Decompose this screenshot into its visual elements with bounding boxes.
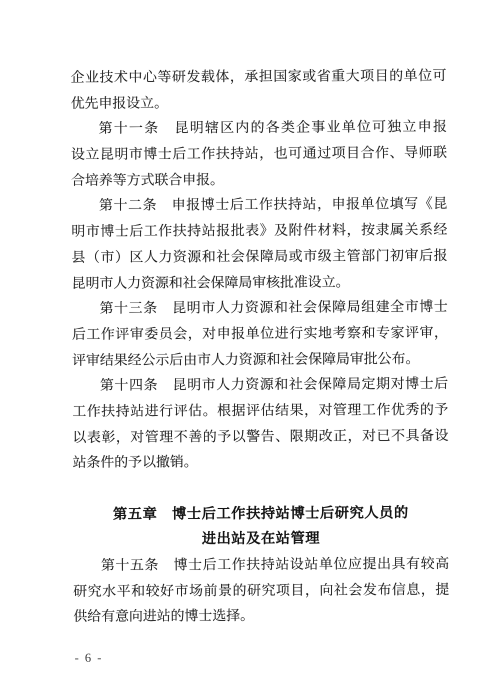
chapter-heading-line: 第五章 博士后工作扶持站博士后研究人员的 [73, 501, 449, 529]
text-line: 第十二条 申报博士后工作扶持站，申报单位填写《昆 [71, 192, 447, 220]
text-line: 供给有意向进站的博士选择。 [73, 603, 449, 631]
text-line: 工作扶持站进行评估。根据评估结果，对管理工作优秀的予 [72, 398, 448, 426]
text-line: 明市博士后工作扶持站报批表》及附件材料，按隶属关系经 [71, 218, 447, 246]
text-line: 第十五条 博士后工作扶持站设站单位应提出具有较高 [73, 552, 449, 580]
text-line: 县（市）区人力资源和社会保障局或市级主管部门初审后报 [71, 244, 447, 272]
text-line: 评审结果经公示后由市人力资源和社会保障局审批公布。 [72, 347, 448, 375]
text-line: 研究水平和较好市场前景的研究项目，向社会发布信息，提 [73, 578, 449, 606]
scanned-page: 企业技术中心等研发载体，承担国家或省重大项目的单位可 优先申报设立。 第十一条 … [0, 0, 495, 700]
paragraph-intro-continuation: 企业技术中心等研发载体，承担国家或省重大项目的单位可 优先申报设立。 [71, 64, 447, 117]
paragraph-article-11: 第十一条 昆明辖区内的各类企事业单位可独立申报 设立昆明市博士后工作扶持站，也可… [71, 115, 447, 194]
text-line: 第十一条 昆明辖区内的各类企事业单位可独立申报 [71, 115, 447, 143]
text-line: 优先申报设立。 [71, 90, 447, 118]
text-line: 昆明市人力资源和社会保障局审核批准设立。 [72, 269, 448, 297]
paragraph-article-14: 第十四条 昆明市人力资源和社会保障局定期对博士后 工作扶持站进行评估。根据评估结… [72, 372, 449, 477]
chapter-5-heading: 第五章 博士后工作扶持站博士后研究人员的 进出站及在站管理 [73, 501, 449, 554]
text-line: 后工作评审委员会，对申报单位进行实地考察和专家评审， [72, 321, 448, 349]
text-line: 企业技术中心等研发载体，承担国家或省重大项目的单位可 [71, 64, 447, 92]
chapter-heading-line: 进出站及在站管理 [73, 526, 449, 554]
paragraph-article-12: 第十二条 申报博士后工作扶持站，申报单位填写《昆 明市博士后工作扶持站报批表》及… [71, 192, 448, 297]
text-line: 合培养等方式联合申报。 [71, 167, 447, 195]
text-line: 第十四条 昆明市人力资源和社会保障局定期对博士后 [72, 372, 448, 400]
paragraph-article-13: 第十三条 昆明市人力资源和社会保障局组建全市博士 后工作评审委员会，对申报单位进… [72, 295, 448, 374]
text-line: 以表彰，对管理不善的予以警告、限期改正，对已不具备设 [72, 424, 448, 452]
document-body: 企业技术中心等研发载体，承担国家或省重大项目的单位可 优先申报设立。 第十一条 … [71, 64, 450, 631]
text-line: 第十三条 昆明市人力资源和社会保障局组建全市博士 [72, 295, 448, 323]
text-line: 设立昆明市博士后工作扶持站，也可通过项目合作、导师联 [71, 141, 447, 169]
text-line: 站条件的予以撤销。 [73, 449, 449, 477]
page-number: - 6 - [75, 651, 103, 666]
paragraph-article-15: 第十五条 博士后工作扶持站设站单位应提出具有较高 研究水平和较好市场前景的研究项… [73, 552, 449, 631]
